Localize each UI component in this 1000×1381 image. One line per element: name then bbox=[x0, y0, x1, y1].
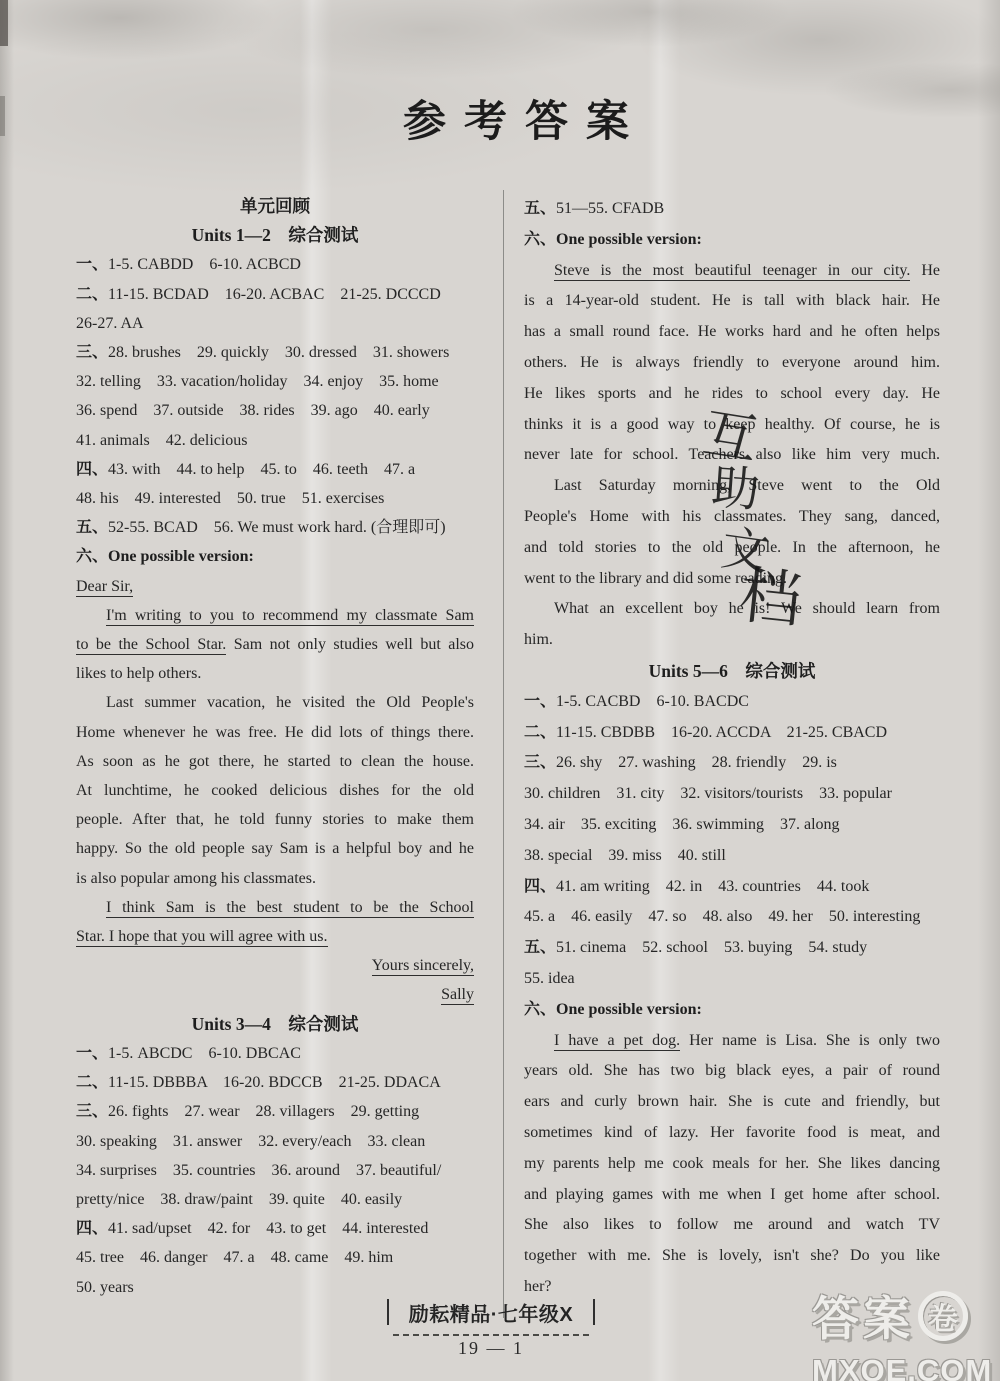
answer-line: 45. a 46. easily 47. so 48. also 49. her… bbox=[524, 902, 940, 933]
section-header-units-1-2: Units 1—2 综合测试 bbox=[76, 221, 474, 250]
answer-line: 一、1-5. CACBD 6-10. BACDC bbox=[524, 687, 940, 718]
answer-line: 38. special 39. miss 40. still bbox=[524, 841, 940, 872]
essay-line: sometimes kind of lazy. Her favorite foo… bbox=[524, 1118, 940, 1149]
answer-line: 二、11-15. DBBBA 16-20. BDCCB 21-25. DDACA bbox=[76, 1068, 474, 1097]
essay-line: together with me. She is lovely, isn't s… bbox=[524, 1241, 940, 1272]
section-header-unit-review: 单元回顾 bbox=[76, 192, 474, 221]
answer-line: 30. children 31. city 32. visitors/touri… bbox=[524, 779, 940, 810]
answer-line: 41. animals 42. delicious bbox=[76, 426, 474, 455]
answer-line: 三、28. brushes 29. quickly 30. dressed 31… bbox=[76, 338, 474, 367]
answer-line: 五、51. cinema 52. school 53. buying 54. s… bbox=[524, 933, 940, 964]
letter-signoff: Yours sincerely, bbox=[76, 951, 474, 980]
scan-edge-artifact bbox=[0, 96, 5, 136]
scan-edge-artifact bbox=[0, 0, 8, 46]
answer-line: 36. spend 37. outside 38. rides 39. ago … bbox=[76, 396, 474, 425]
essay-line: Steve is the most beautiful teenager in … bbox=[524, 256, 940, 287]
answer-line: 32. telling 33. vacation/holiday 34. enj… bbox=[76, 367, 474, 396]
letter-line: Last summer vacation, he visited the Old… bbox=[76, 688, 474, 717]
answer-line: 五、51—55. CFADB bbox=[524, 194, 940, 225]
letter-signature: Sally bbox=[76, 980, 474, 1009]
handwriting-char: 档 bbox=[736, 545, 807, 640]
section-header-units-5-6: Units 5—6 综合测试 bbox=[524, 656, 940, 687]
essay-line: I have a pet dog. Her name is Lisa. She … bbox=[524, 1026, 940, 1057]
section-header-units-3-4: Units 3—4 综合测试 bbox=[76, 1010, 474, 1039]
writing-section-label: 六、One possible version: bbox=[76, 542, 474, 571]
answer-line: pretty/nice 38. draw/paint 39. quite 40.… bbox=[76, 1185, 474, 1214]
essay-line: What an excellent boy he is! We should l… bbox=[524, 594, 940, 625]
book-series-label: 励耘精品·七年级X bbox=[393, 1298, 589, 1336]
answer-line: 二、11-15. CBDBB 16-20. ACCDA 21-25. CBACD bbox=[524, 718, 940, 749]
essay-line: my parents help me cook meals for her. S… bbox=[524, 1149, 940, 1180]
answer-line: 四、43. with 44. to help 45. to 46. teeth … bbox=[76, 455, 474, 484]
letter-line: I think Sam is the best student to be th… bbox=[76, 893, 474, 922]
answer-line: 26-27. AA bbox=[76, 309, 474, 338]
writing-section-label: 六、One possible version: bbox=[524, 995, 940, 1026]
essay-line: has a small round face. He works hard an… bbox=[524, 317, 940, 348]
answer-line: 四、41. sad/upset 42. for 43. to get 44. i… bbox=[76, 1214, 474, 1243]
left-column: 单元回顾 Units 1—2 综合测试 一、1-5. CABDD 6-10. A… bbox=[76, 192, 474, 1302]
answer-line: 二、11-15. BCDAD 16-20. ACBAC 21-25. DCCCD bbox=[76, 280, 474, 309]
letter-line: At lunchtime, he cooked delicious dishes… bbox=[76, 776, 474, 805]
site-watermark: 答案 卷 MXQE.COM bbox=[812, 1282, 997, 1381]
answer-line: 55. idea bbox=[524, 964, 940, 995]
answer-line: 48. his 49. interested 50. true 51. exer… bbox=[76, 484, 474, 513]
letter-line: is also popular among his classmates. bbox=[76, 864, 474, 893]
answer-line: 34. air 35. exciting 36. swimming 37. al… bbox=[524, 810, 940, 841]
answer-line: 34. surprises 35. countries 36. around 3… bbox=[76, 1156, 474, 1185]
answer-line: 45. tree 46. danger 47. a 48. came 49. h… bbox=[76, 1243, 474, 1272]
scanned-answer-page: { "page": { "title": "参考答案", "footer_lab… bbox=[0, 0, 1000, 1381]
letter-line: Home whenever he was free. He did lots o… bbox=[76, 718, 474, 747]
letter-line: happy. So the old people say Sam is a he… bbox=[76, 834, 474, 863]
letter-line: I'm writing to you to recommend my class… bbox=[76, 601, 474, 630]
essay-line: ears and curly brown hair. She is cute a… bbox=[524, 1087, 940, 1118]
essay-line: him. bbox=[524, 625, 940, 656]
letter-line: Star. I hope that you will agree with us… bbox=[76, 922, 474, 951]
letter-line: As soon as he got there, he started to c… bbox=[76, 747, 474, 776]
answer-line: 四、41. am writing 42. in 43. countries 44… bbox=[524, 872, 940, 903]
column-divider bbox=[503, 190, 504, 1318]
essay-line: She also likes to follow me around and w… bbox=[524, 1210, 940, 1241]
page-title: 参考答案 bbox=[50, 88, 1000, 149]
letter-line: likes to help others. bbox=[76, 659, 474, 688]
right-column: 五、51—55. CFADB 六、One possible version: S… bbox=[524, 194, 940, 1303]
watermark-site-url: MXQE.COM bbox=[812, 1353, 997, 1381]
answer-line: 三、26. shy 27. washing 28. friendly 29. i… bbox=[524, 748, 940, 779]
essay-line: others. He is always friendly to everyon… bbox=[524, 348, 940, 379]
answer-line: 一、1-5. ABCDC 6-10. DBCAC bbox=[76, 1039, 474, 1068]
answer-line: 一、1-5. CABDD 6-10. ACBCD bbox=[76, 250, 474, 279]
writing-section-label: 六、One possible version: bbox=[524, 225, 940, 256]
essay-line: is a 14-year-old student. He is tall wit… bbox=[524, 286, 940, 317]
essay-line: and playing games with me when I get hom… bbox=[524, 1180, 940, 1211]
answer-circle-icon: 卷 bbox=[918, 1291, 968, 1341]
letter-line: to be the School Star. Sam not only stud… bbox=[76, 630, 474, 659]
answer-line: 五、52-55. BCAD 56. We must work hard. (合理… bbox=[76, 513, 474, 542]
watermark-brand: 答案 卷 bbox=[812, 1282, 997, 1349]
page-number: 19 — 1 bbox=[393, 1338, 589, 1359]
answer-line: 三、26. fights 27. wear 28. villagers 29. … bbox=[76, 1097, 474, 1126]
answer-line: 30. speaking 31. answer 32. every/each 3… bbox=[76, 1127, 474, 1156]
essay-line: years old. She has two big black eyes, a… bbox=[524, 1056, 940, 1087]
letter-salutation: Dear Sir, bbox=[76, 572, 474, 601]
letter-line: people. After that, he told funny storie… bbox=[76, 805, 474, 834]
watermark-brand-text: 答案 bbox=[812, 1282, 914, 1349]
